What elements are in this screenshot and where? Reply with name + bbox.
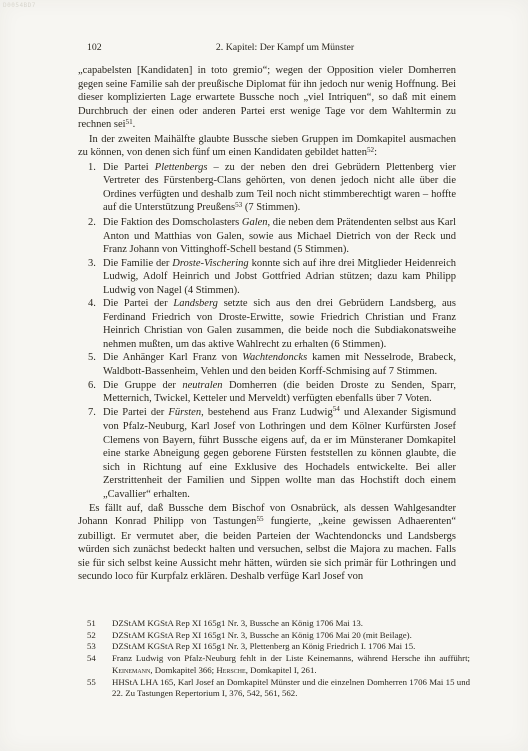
list-item-number: 2. xyxy=(88,216,103,257)
paragraph: In der zweiten Maihälfte glaubte Bussche… xyxy=(78,133,456,161)
list-item-number: 3. xyxy=(88,257,103,298)
list-item: 5. Die Anhänger Karl Franz von Wachtendo… xyxy=(78,351,456,378)
list-item-text: Die Anhänger Karl Franz von Wachtendonck… xyxy=(103,351,456,378)
list-item: 1. Die Partei Plettenbergs – zu der nebe… xyxy=(78,161,456,216)
list-item-text: Die Partei der Fürsten, bestehend aus Fr… xyxy=(103,406,456,502)
numbered-list: 1. Die Partei Plettenbergs – zu der nebe… xyxy=(78,161,456,502)
footnote: 52 DZStAM KGStA Rep XI 165g1 Nr. 3, Buss… xyxy=(87,630,470,642)
list-item: 7. Die Partei der Fürsten, bestehend aus… xyxy=(78,406,456,502)
page-header: 102 2. Kapitel: Der Kampf um Münster xyxy=(0,41,528,55)
footnote-text: Franz Ludwig von Pfalz-Neuburg fehlt in … xyxy=(112,653,470,676)
list-item: 3. Die Familie der Droste-Vischering kon… xyxy=(78,257,456,298)
list-item-number: 7. xyxy=(88,406,103,502)
footnote: 53 DZStAM KGStA Rep XI 165g1 Nr. 3, Plet… xyxy=(87,641,470,653)
footnote-text: DZStAM KGStA Rep XI 165g1 Nr. 3, Pletten… xyxy=(112,641,470,653)
paragraph: „capabelsten [Kandidaten] in toto gremio… xyxy=(78,64,456,133)
list-item: 6. Die Gruppe der neutralen Domherren (d… xyxy=(78,379,456,406)
page-number: 102 xyxy=(87,41,102,54)
list-item-text: Die Familie der Droste-Vischering konnte… xyxy=(103,257,456,298)
footnote-text: DZStAM KGStA Rep XI 165g1 Nr. 3, Bussche… xyxy=(112,630,470,642)
list-item-text: Die Gruppe der neutralen Domherren (die … xyxy=(103,379,456,406)
footnote-number: 53 xyxy=(87,641,112,653)
list-item-text: Die Partei Plettenbergs – zu der neben d… xyxy=(103,161,456,216)
list-item-text: Die Partei der Landsberg setzte sich aus… xyxy=(103,297,456,351)
footnote-text: HHStA LHA 165, Karl Josef an Domkapitel … xyxy=(112,677,470,700)
footnote-number: 52 xyxy=(87,630,112,642)
footnote: 51 DZStAM KGStA Rep XI 165g1 Nr. 3, Buss… xyxy=(87,618,470,630)
footnote-text: DZStAM KGStA Rep XI 165g1 Nr. 3, Bussche… xyxy=(112,618,470,630)
footnote-number: 55 xyxy=(87,677,112,700)
footnote: 55 HHStA LHA 165, Karl Josef an Domkapit… xyxy=(87,677,470,700)
list-item-number: 5. xyxy=(88,351,103,378)
footnote: 54 Franz Ludwig von Pfalz-Neuburg fehlt … xyxy=(87,653,470,676)
list-item-number: 1. xyxy=(88,161,103,216)
running-title: 2. Kapitel: Der Kampf um Münster xyxy=(150,41,420,54)
footnote-number: 51 xyxy=(87,618,112,630)
paragraph: Es fällt auf, daß Bussche dem Bischof vo… xyxy=(78,502,456,584)
footnote-number: 54 xyxy=(87,653,112,676)
scan-artifact-code: D0054BD7 xyxy=(3,2,36,9)
list-item: 4. Die Partei der Landsberg setzte sich … xyxy=(78,297,456,351)
list-item-text: Die Faktion des Domscholasters Galen, di… xyxy=(103,216,456,257)
book-page: D0054BD7 102 2. Kapitel: Der Kampf um Mü… xyxy=(0,0,528,751)
list-item: 2. Die Faktion des Domscholasters Galen,… xyxy=(78,216,456,257)
main-text: „capabelsten [Kandidaten] in toto gremio… xyxy=(78,64,456,584)
footnote-section: 51 DZStAM KGStA Rep XI 165g1 Nr. 3, Buss… xyxy=(87,618,470,700)
list-item-number: 6. xyxy=(88,379,103,406)
list-item-number: 4. xyxy=(88,297,103,351)
